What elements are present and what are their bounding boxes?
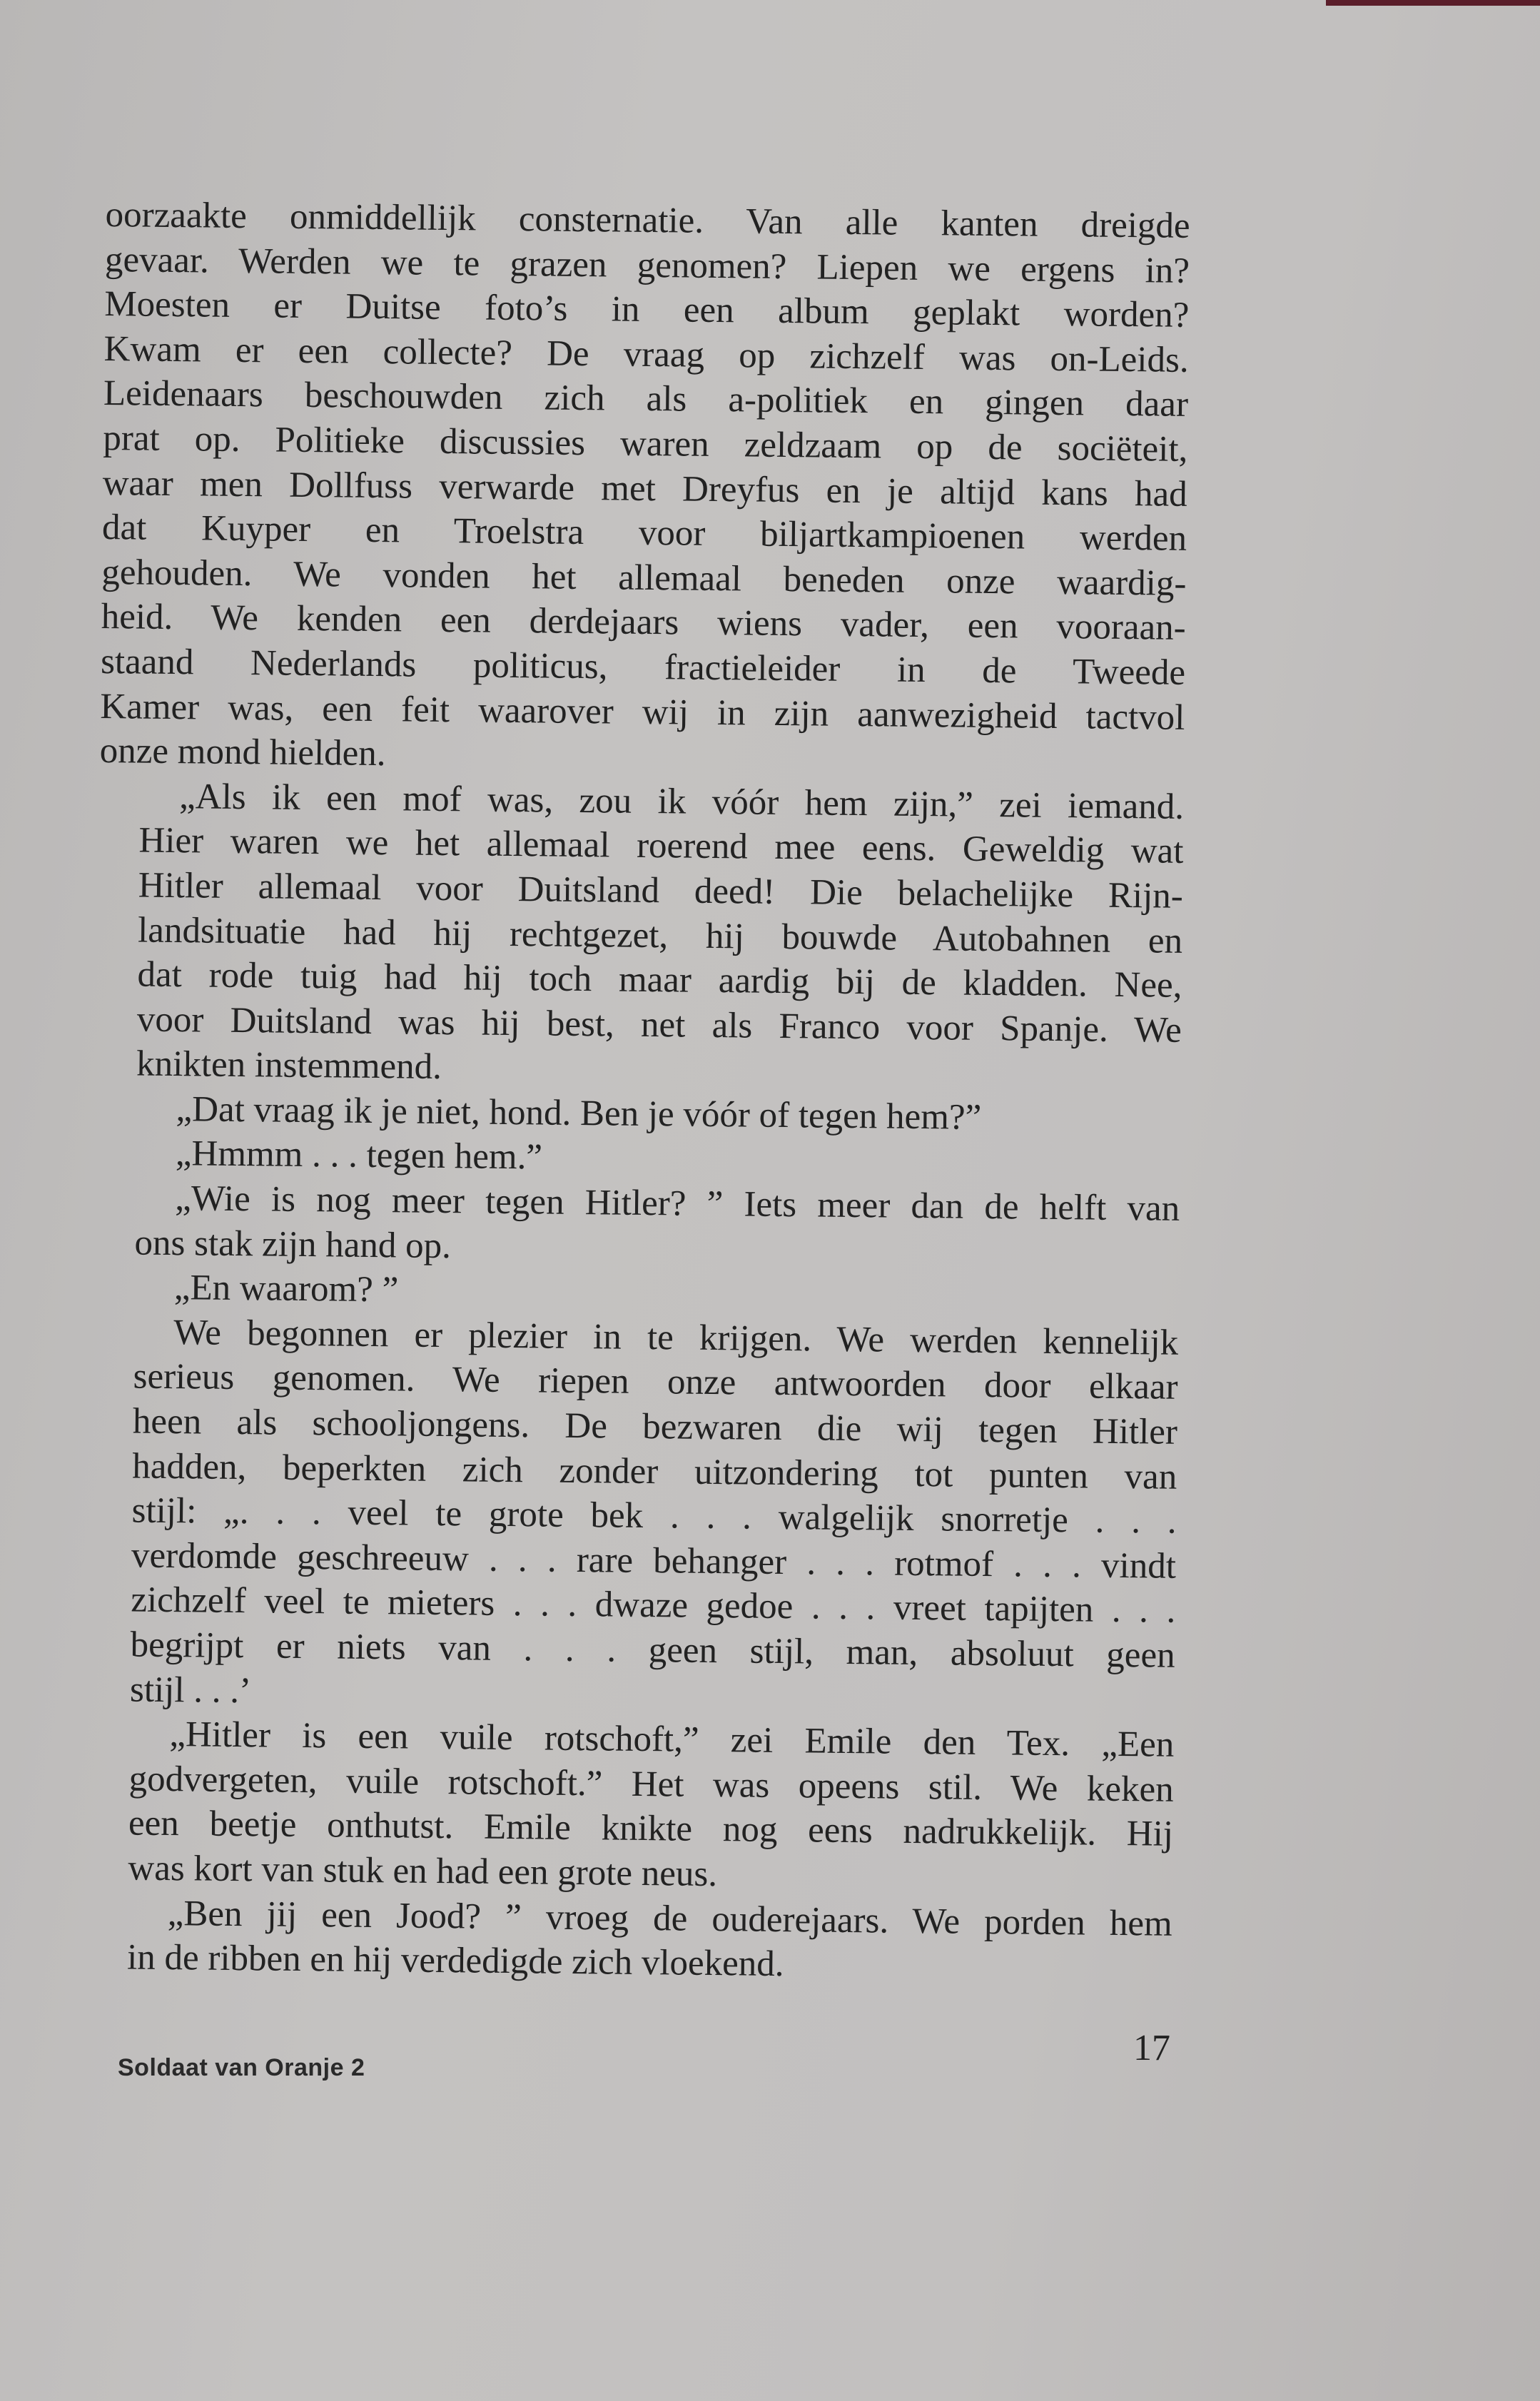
book-cover-edge xyxy=(1326,0,1540,6)
paragraph: „Hitler is een vuile rotschoft,” zei Emi… xyxy=(88,1712,1175,1901)
paragraph: „Ben jij een Jood? ” vroeg de ouderejaar… xyxy=(87,1890,1172,1991)
paragraph: We begonnen er plezier in te krijgen. We… xyxy=(90,1310,1179,1723)
footer-signature: Soldaat van Oranje 2 xyxy=(118,2054,365,2082)
page-number: 17 xyxy=(1133,2027,1170,2069)
paragraph: „Wie is nog meer tegen Hitler? ” Iets me… xyxy=(94,1176,1180,1276)
book-page: oorzaakte onmiddellijk consternatie. Van… xyxy=(0,0,1540,2401)
body-text: oorzaakte onmiddellijk consternatie. Van… xyxy=(87,193,1190,1991)
paragraph: oorzaakte onmiddellijk consternatie. Van… xyxy=(99,193,1190,785)
paragraph: „Als ik een mof was, zou ik vóór hem zij… xyxy=(96,774,1185,1098)
